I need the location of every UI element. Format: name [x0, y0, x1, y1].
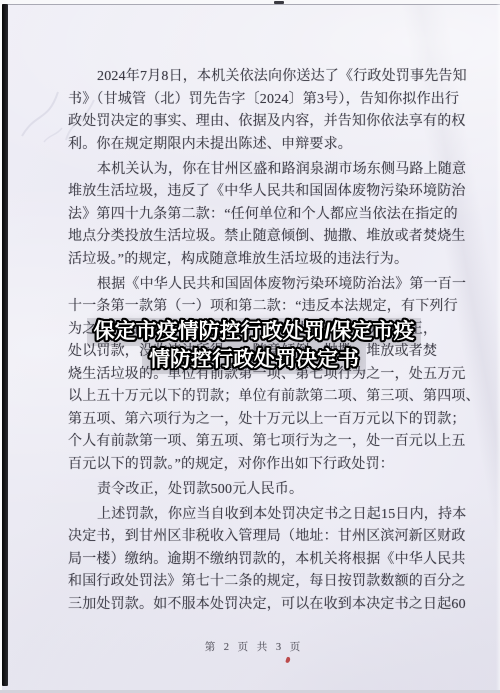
document-line: 百元以下的罚款。”的规定，对你作出如下行政处罚： — [68, 454, 440, 477]
overlay-title-text: 情防控行政处罚决定书 — [142, 346, 366, 374]
paragraph: 根据《中华人民共和国固体废物污染环境防治法》第一百一十一条第一款第（一）项和第二… — [68, 274, 440, 477]
document-line: 地点分类投放生活垃圾。禁止随意倾倒、抛撒、堆放或者焚烧生 — [68, 226, 440, 249]
document-line: 书》（甘城管（北）罚先告字〔2024〕第3号），告知你拟作出行 — [68, 89, 440, 112]
overlay-title-line: 情防控行政处罚决定书 — [8, 346, 500, 374]
scan-top-mark — [274, 1, 284, 4]
document-line: 上述罚款，你应当自收到本处罚决定书之日起15日内，持本 — [68, 504, 440, 527]
document-line: 个人有前款第一项、第五项、第七项行为之一，处一百元以上五 — [68, 431, 440, 454]
document-line: 本机关认为，你在甘州区盛和路润泉湖市场东侧马路上随意 — [68, 159, 440, 182]
document-line: 法》第四十九条第二款：“任何单位和个人都应当依法在指定的 — [68, 204, 440, 227]
document-line: 政处罚决定的事实、理由、依据及内容，并告知你依法享有的权 — [68, 111, 440, 134]
scanned-document-photo: 2024年7月8日，本机关依法向你送达了《行政处罚事先告知书》（甘城管（北）罚先… — [0, 0, 500, 693]
document-line: 活垃圾。”的规定，构成随意堆放生活垃圾的违法行为。 — [68, 249, 440, 272]
paragraph: 上述罚款，你应当自收到本处罚决定书之日起15日内，持本决定书，到甘州区非税收入管… — [68, 504, 440, 617]
document-line: 2024年7月8日，本机关依法向你送达了《行政处罚事先告知 — [68, 66, 440, 89]
document-line: 堆放生活垃圾，违反了《中华人民共和国固体废物污染环境防治 — [68, 181, 440, 204]
paragraph: 责令改正，处罚款500元人民币。 — [68, 479, 440, 502]
document-line: 决定书，到甘州区非税收入管理局（地址：甘州区滨河新区财政 — [68, 526, 440, 549]
document-line: 根据《中华人民共和国固体废物污染环境防治法》第一百一 — [68, 274, 440, 297]
document-line: 责令改正，处罚款500元人民币。 — [68, 479, 440, 502]
overlay-title-text: 保定市疫情防控行政处罚/保定市疫 — [87, 318, 422, 346]
document-line: 十一条第一款第（一）项和第二款：“违反本法规定，有下列行 — [68, 296, 440, 319]
document-line: 以上五十万元以下的罚款；单位有前款第二项、第三项、第四项、 — [68, 386, 440, 409]
overlay-title-line: 保定市疫情防控行政处罚/保定市疫 — [8, 318, 500, 346]
document-line: 和国行政处罚法》第七十二条的规定，每日按罚款数额的百分之 — [68, 571, 440, 594]
document-line: 第五项、第六项行为之一，处十万元以上一百万元以下的罚款； — [68, 409, 440, 432]
document-line: 三加处罚款。如不服本处罚决定，可以在收到本决定书之日起60 — [68, 594, 440, 617]
scan-top-edge — [0, 0, 500, 5]
document-line: 利。你在规定期限内未提出陈述、申辩要求。 — [68, 134, 440, 157]
paragraph: 2024年7月8日，本机关依法向你送达了《行政处罚事先告知书》（甘城管（北）罚先… — [68, 66, 440, 156]
paragraph: 本机关认为，你在甘州区盛和路润泉湖市场东侧马路上随意堆放生活垃圾，违反了《中华人… — [68, 159, 440, 272]
document-line: 局一楼）缴纳。逾期不缴纳罚款的，本机关将根据《中华人民共 — [68, 549, 440, 572]
red-ink-speck — [285, 657, 291, 664]
overlay-title: 保定市疫情防控行政处罚/保定市疫 情防控行政处罚决定书 — [8, 318, 500, 374]
page-number-footer: 第 2 页 共 3 页 — [8, 639, 500, 654]
